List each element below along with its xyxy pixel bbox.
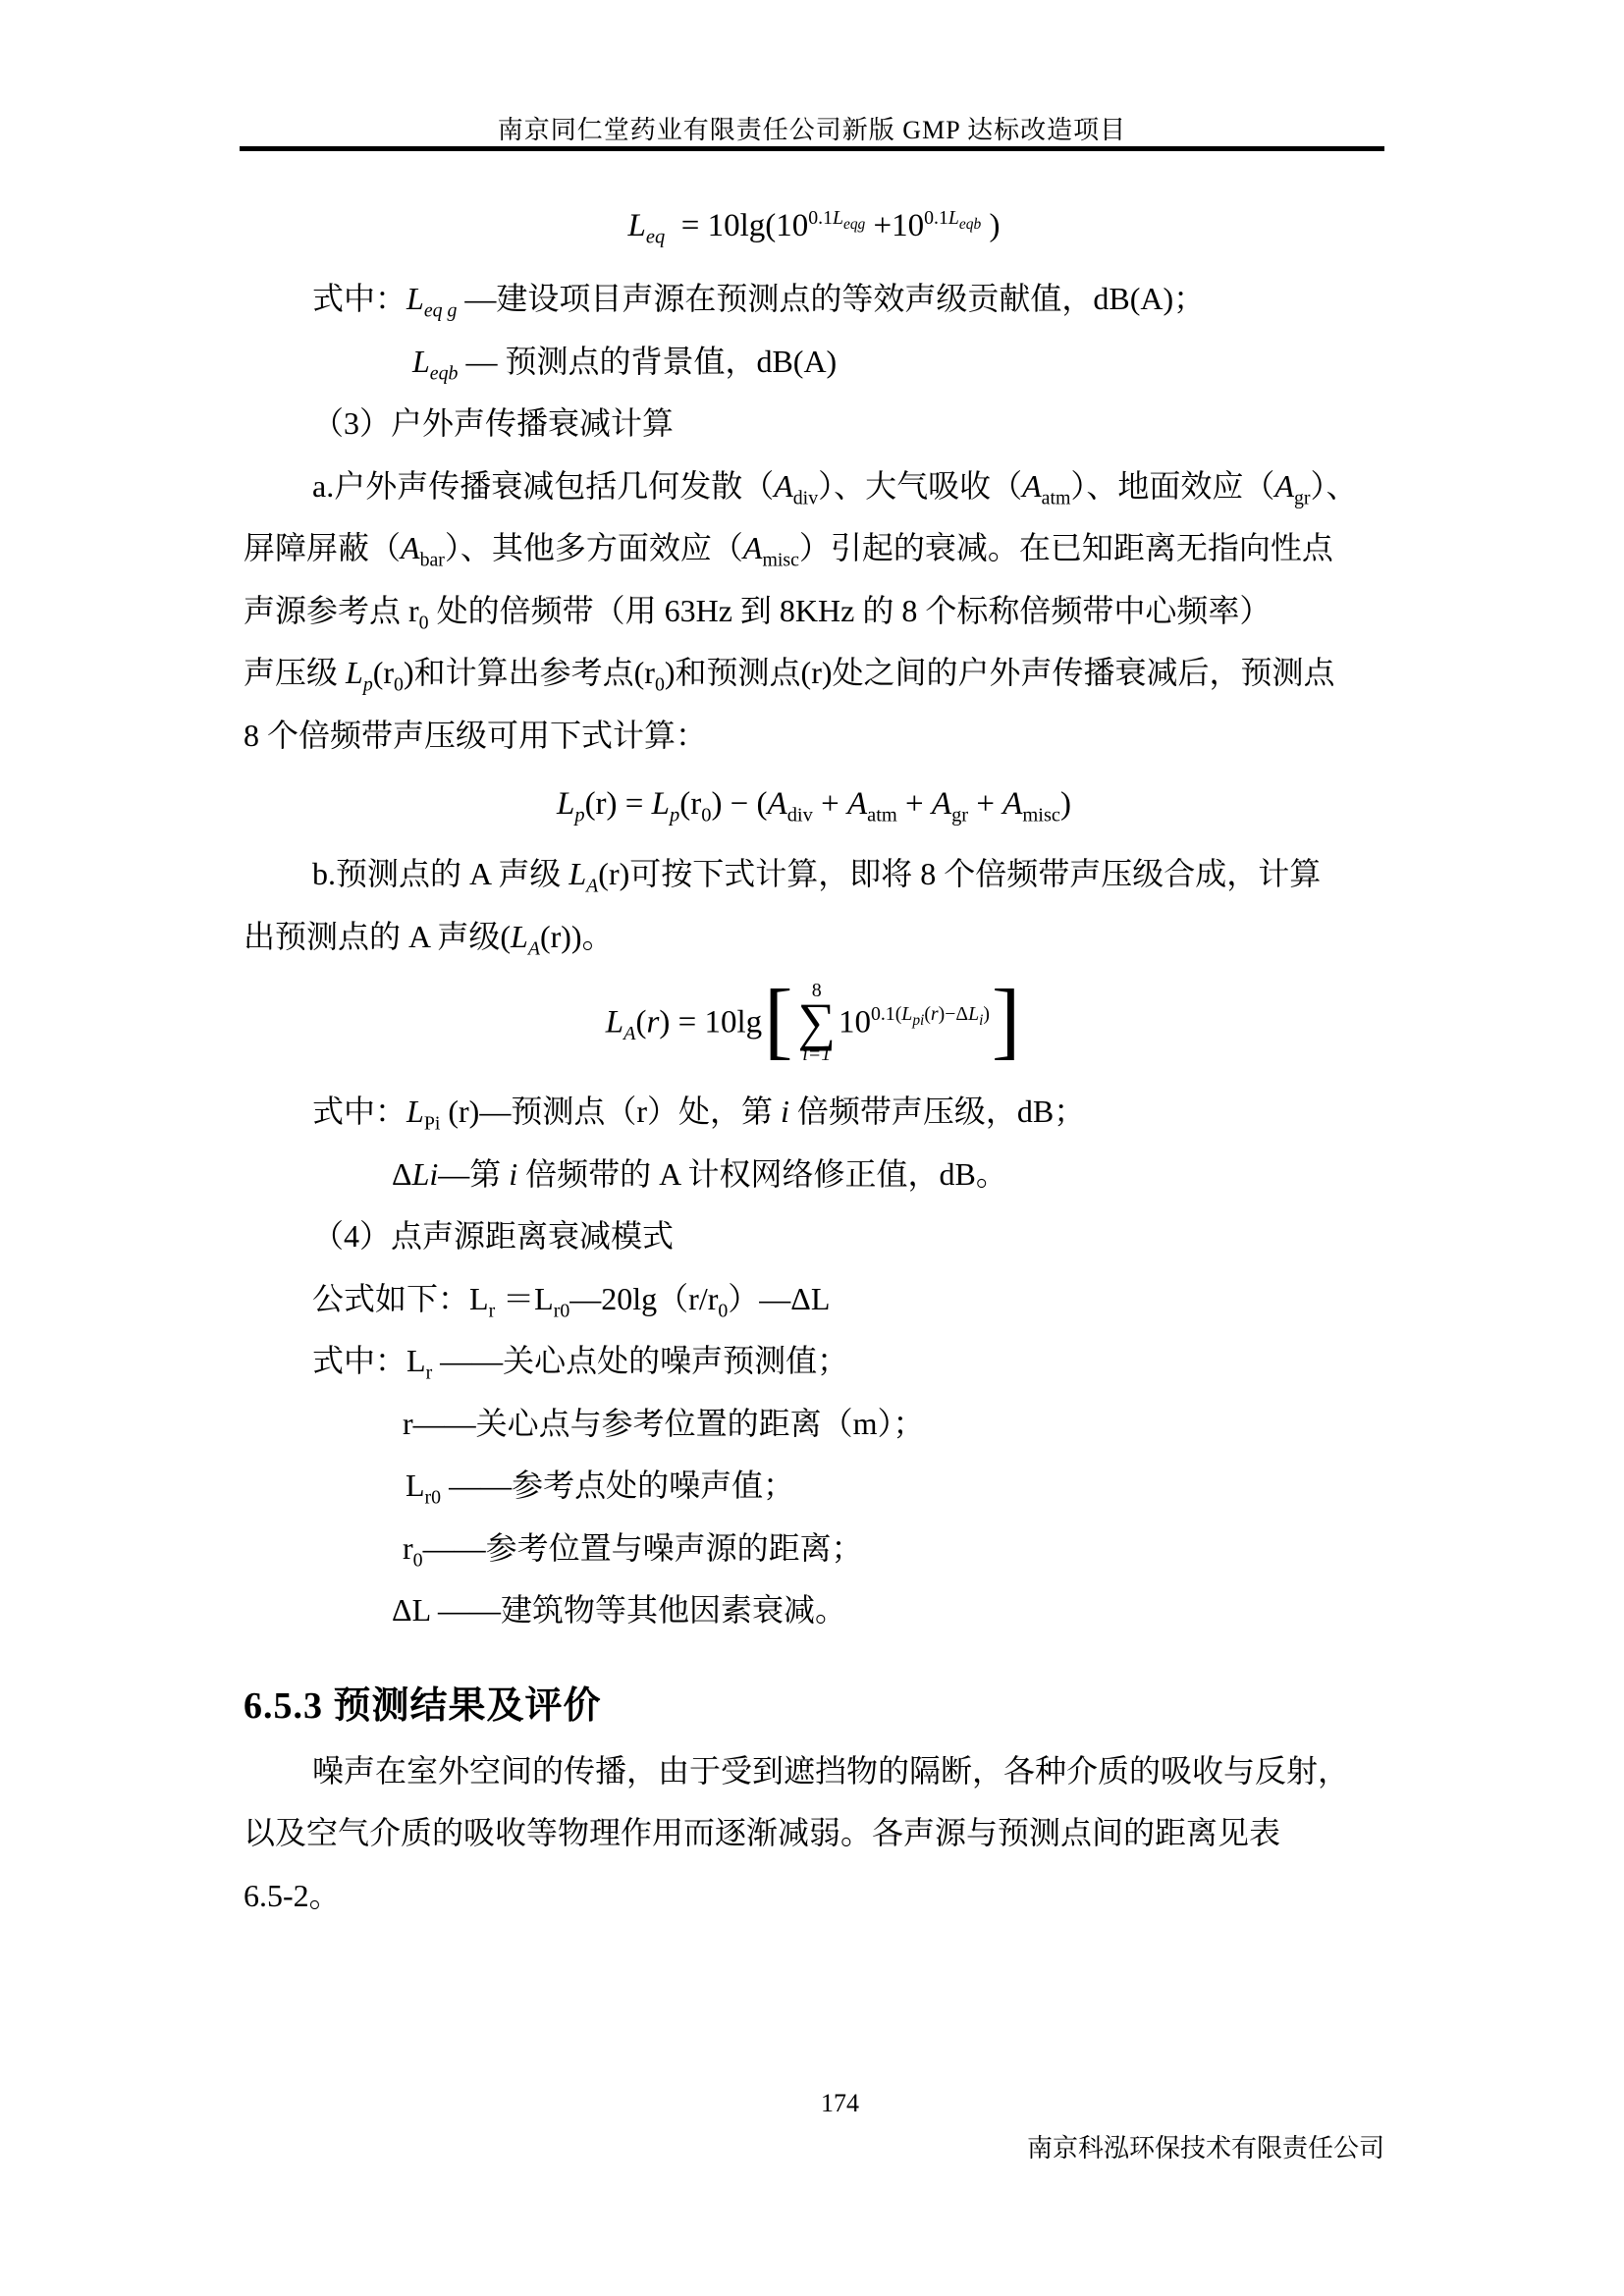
formula-lp: Lp(r) = Lp(r0) − (Adiv + Aatm + Agr + Am…: [244, 767, 1384, 843]
section-heading-653: 6.5.3 预测结果及评价: [244, 1672, 1384, 1740]
document-page: 南京同仁堂药业有限责任公司新版 GMP 达标改造项目 Leq = 10lg(10…: [0, 0, 1624, 2296]
para-p-line-1: 噪声在室外空间的传播，由于受到遮挡物的隔断，各种介质的吸收与反射，: [244, 1740, 1384, 1803]
document-body: Leq = 10lg(100.1Leqg +100.1Leqb ) 式中：Leq…: [244, 185, 1384, 1927]
para-p-line-3: 6.5-2。: [244, 1865, 1384, 1928]
body-line-t1: 式中：Lr ——关心点处的噪声预测值；: [244, 1330, 1384, 1393]
page-header-title: 南京同仁堂药业有限责任公司新版 GMP 达标改造项目: [0, 110, 1624, 146]
body-line-t5: ΔL ——建筑物等其他因素衰减。: [244, 1579, 1384, 1642]
section-item-3: （3）户外声传播衰减计算: [244, 393, 1384, 455]
page-number: 174: [821, 2089, 859, 2118]
body-line-t2: r——关心点与参考位置的距离（m）；: [244, 1393, 1384, 1456]
formula-lp-content: Lp(r) = Lp(r0) − (Adiv + Aatm + Agr + Am…: [557, 785, 1071, 825]
formula-la: LA(r) = 10lg[8∑i=1100.1(Lpi(r)−ΔLi)]: [244, 968, 1384, 1081]
para-a-line-4: 声压级 Lp(r0)和计算出参考点(r0)和预测点(r)处之间的户外声传播衰减后…: [244, 642, 1384, 705]
para-a-line-3: 声源参考点 r0 处的倍频带（用 63Hz 到 8KHz 的 8 个标称倍频带中…: [244, 580, 1384, 643]
footer-company-name: 南京科泓环保技术有限责任公司: [1027, 2128, 1384, 2164]
header-rule: [240, 146, 1384, 151]
para-a-line-2: 屏障屏蔽（Abar）、其他多方面效应（Amisc）引起的衰减。在已知距离无指向性…: [244, 517, 1384, 580]
para-a-line-5: 8 个倍频带声压级可用下式计算：: [244, 705, 1384, 768]
para-b-line-2: 出预测点的 A 声级(LA(r))。: [244, 906, 1384, 969]
body-line-shizhong2: Leqb — 预测点的背景值，dB(A): [244, 331, 1384, 394]
body-line-t4: r0——参考位置与噪声源的距离；: [244, 1518, 1384, 1580]
body-line-t3: Lr0 ——参考点处的噪声值；: [244, 1455, 1384, 1518]
formula-la-content: LA(r) = 10lg[8∑i=1100.1(Lpi(r)−ΔLi)]: [606, 983, 1023, 1067]
section-item-4: （4）点声源距离衰减模式: [244, 1205, 1384, 1268]
para-b-line-1: b.预测点的 A 声级 LA(r)可按下式计算，即将 8 个倍频带声压级合成，计…: [244, 843, 1384, 906]
para-p-line-2: 以及空气介质的吸收等物理作用而逐渐减弱。各声源与预测点间的距离见表: [244, 1802, 1384, 1865]
body-line-shizhong1: 式中：Leq g —建设项目声源在预测点的等效声级贡献值，dB(A)；: [244, 268, 1384, 331]
formula-leq: Leq = 10lg(100.1Leqg +100.1Leqb ): [244, 185, 1384, 268]
body-line-s1: 式中：LPi (r)—预测点（r）处，第 i 倍频带声压级，dB；: [244, 1081, 1384, 1144]
para-a-line-1: a.户外声传播衰减包括几何发散（Adiv）、大气吸收（Aatm）、地面效应（Ag…: [244, 455, 1384, 518]
body-line-formula4: 公式如下：Lr ＝Lr0—20lg（r/r0）—ΔL: [244, 1268, 1384, 1331]
formula-leq-content: Leq = 10lg(100.1Leqg +100.1Leqb ): [628, 207, 1001, 246]
body-line-s2: ΔLi—第 i 倍频带的 A 计权网络修正值，dB。: [244, 1144, 1384, 1206]
